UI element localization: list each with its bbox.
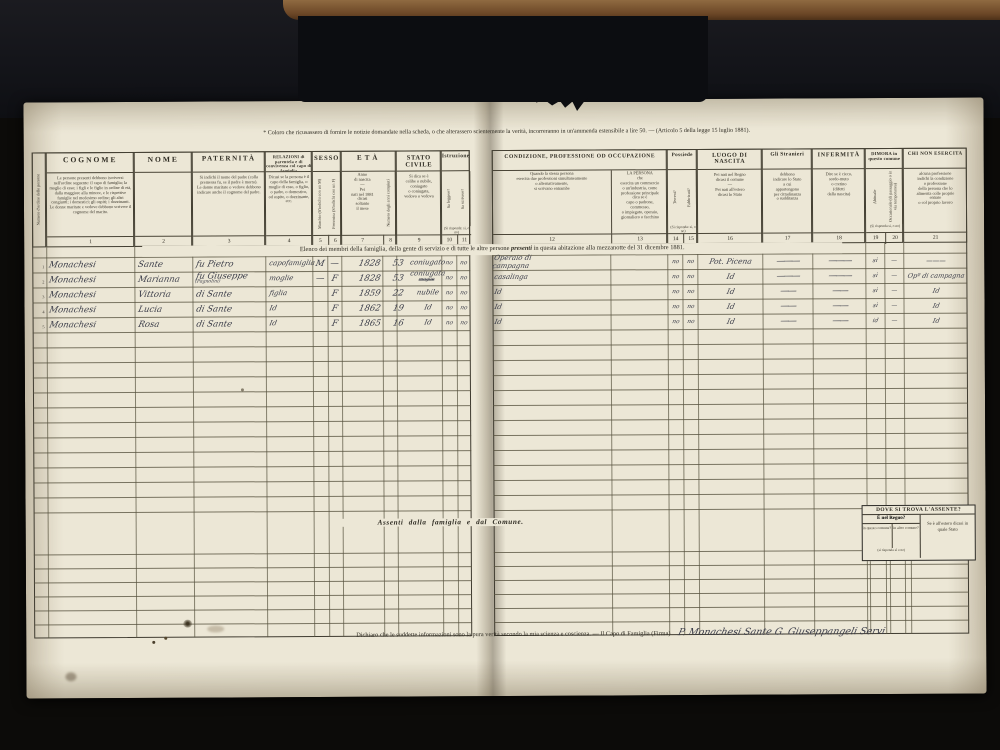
header-paternita-desc: Si indichi il nome del padre (colla prem… bbox=[194, 174, 264, 234]
cell-anno-row1: 1828 bbox=[347, 260, 391, 275]
header-dimora-sub1-label: Occasionale (di passaggio o in via tempo… bbox=[885, 169, 903, 224]
cell-scrive-row1: no bbox=[454, 259, 472, 274]
cell-stranieri-row1: ——— bbox=[762, 257, 812, 272]
cell-nome-row4: Lucia bbox=[136, 306, 192, 321]
header-eta-title: ETÀ bbox=[342, 152, 396, 172]
header-sesso-sub0-label: Maschio (S'indichi con un M) bbox=[313, 172, 328, 235]
header-infermita-title: INFERMITÀ bbox=[813, 149, 865, 169]
elenco-post: in questa abitazione alla mezzanotte del… bbox=[532, 244, 685, 252]
cell-c21-row1: ——— bbox=[903, 257, 968, 272]
cell-c12-row3: Id bbox=[492, 288, 610, 304]
cell-luogo-row4: Id bbox=[697, 303, 763, 318]
header-possiede-note: (Si risponda: sì, o no) bbox=[668, 225, 698, 233]
header-istruzione-title: Istruzione bbox=[442, 151, 470, 171]
cell-dimoc-row3: — bbox=[883, 287, 904, 302]
header-chinon-title: CHI NON ESERCITA bbox=[904, 149, 967, 169]
cell-stranieri-row4: —— bbox=[762, 302, 812, 317]
header-condizione-title: CONDIZIONE, PROFESSIONE OD OCCUPAZIONE bbox=[493, 150, 667, 171]
cell-n-row4: 4 bbox=[34, 309, 45, 324]
cell-n-row2: 2 bbox=[33, 279, 44, 294]
cell-dimoc-row5: — bbox=[883, 317, 904, 332]
cell-nome-row1: Sante bbox=[136, 261, 192, 276]
penalty-note: * Coloro che ricusassero di fornire le n… bbox=[112, 127, 902, 137]
header-infermita-desc: Dire se è cieco, sordo-muto o cretino (d… bbox=[814, 171, 864, 231]
cell-infermita-row2: ——— bbox=[812, 272, 866, 287]
header-sesso-title: SESSO bbox=[313, 152, 341, 172]
header-relazioni-desc: Dicasi se la persona è il capo della fam… bbox=[267, 174, 311, 234]
cell-luogo-row1: Pot. Picena bbox=[697, 258, 763, 273]
cell-paternita-row2: fu Giuseppe(Pagnolini) bbox=[194, 272, 265, 287]
cell-f-row4: F bbox=[325, 305, 343, 320]
header-condizione-sub1-desc: LA PERSONA che esercita un commercio o u… bbox=[611, 170, 668, 233]
header-condizione-sub0-desc: Quando la stessa persona esercita due pr… bbox=[493, 170, 611, 234]
cell-nome-row2: Marianna bbox=[136, 276, 192, 291]
cell-n-row1: 1 bbox=[33, 264, 44, 279]
header-eta-sub0-desc: Anno di nascita — Pei nati nel 1881 dica… bbox=[342, 172, 383, 235]
header-dimora-num1: 20 bbox=[885, 232, 904, 244]
cell-scrive-row5: no bbox=[454, 319, 472, 334]
dove-box-altro-comune: in altro comune? bbox=[891, 524, 920, 548]
cell-relazioni-row3: figlia bbox=[267, 290, 313, 305]
census-table: Elenco dei membri della famiglia, della … bbox=[32, 148, 970, 639]
ink-stain bbox=[164, 637, 167, 640]
cell-nome-row3: Vittoria bbox=[136, 291, 192, 306]
cell-f-row3: F bbox=[325, 290, 343, 305]
cell-c21-row2: Opº di campagna bbox=[903, 272, 968, 287]
header-paternita-title: PATERNITÀ bbox=[193, 152, 265, 172]
header-cognome: COGNOMELe persone presenti debbono iscri… bbox=[46, 152, 134, 247]
header-possiede-sub0-label: Terreni? bbox=[668, 170, 683, 225]
cell-relazioni-row5: Id bbox=[267, 320, 313, 335]
cell-cognome-row1: Monachesi bbox=[47, 261, 134, 276]
cell-anno-row5: 1865 bbox=[347, 320, 391, 335]
cell-n-row5: 5 bbox=[34, 324, 45, 339]
cell-infermita-row4: —— bbox=[812, 302, 866, 317]
cell-luogo-row2: Id bbox=[697, 273, 763, 288]
smudge-stain bbox=[65, 672, 76, 681]
header-dimora-sub0-label: Abituale bbox=[866, 169, 885, 224]
header-stato-title: STATO CIVILE bbox=[397, 151, 441, 171]
cell-cognome-row3: Monachesi bbox=[47, 291, 134, 306]
header-cognome-desc: Le persone presenti debbono iscriversi n… bbox=[48, 175, 133, 235]
header-chinon-desc: alcuna professione indichi la condizione… bbox=[905, 171, 966, 231]
elenco-presenti: presenti bbox=[511, 245, 532, 252]
cell-anno-row2: 1828 bbox=[347, 275, 391, 290]
dove-box-body: È nel Regno? in questo comune? in altro … bbox=[863, 515, 975, 559]
header-possiede-title: Possiede bbox=[668, 150, 697, 170]
header-sesso-sub1-label: Femmina (S'indichi con un F) bbox=[327, 172, 341, 235]
cell-infermita-row5: —— bbox=[812, 317, 866, 332]
cell-stranieri-row3: —— bbox=[762, 287, 812, 302]
cell-relazioni-row1: capofamiglia bbox=[267, 260, 313, 275]
header-cognome-title: COGNOME bbox=[47, 153, 134, 173]
cell-anno-row4: 1862 bbox=[347, 305, 391, 320]
header-cognome-num: 1 bbox=[47, 236, 134, 248]
ink-stain bbox=[152, 641, 155, 644]
dove-box-questo-comune: in questo comune? bbox=[863, 524, 892, 548]
cell-cognome-row5: Monachesi bbox=[47, 321, 134, 336]
cell-dimab-row1: sì bbox=[864, 257, 885, 272]
cell-luogo-row5: Id bbox=[697, 318, 763, 333]
cell-nome-row5: Rosa bbox=[136, 321, 192, 336]
header-stranieri-title: Gli Stranieri bbox=[763, 149, 812, 169]
cell-scrive-row4: no bbox=[454, 304, 472, 319]
header-chinon-num: 21 bbox=[904, 232, 967, 244]
header-dimora: DIMORA in questo comuneAbituale19Occasio… bbox=[865, 148, 903, 243]
cell-luogo-row3: Id bbox=[697, 288, 763, 303]
cell-dimab-row4: sì bbox=[864, 302, 885, 317]
cell-c12-row2: casalinga bbox=[492, 273, 610, 289]
header-nome-title: NOME bbox=[135, 153, 192, 173]
cell-stranieri-row2: ——— bbox=[762, 272, 812, 287]
elenco-pre: Elenco dei membri della famiglia, della … bbox=[300, 245, 511, 253]
cell-n-row3: 3 bbox=[33, 294, 44, 309]
cell-f-row1: — bbox=[325, 260, 343, 275]
cell-paternita-row4: di Sante bbox=[194, 305, 265, 320]
cell-relazioni-row4: Id bbox=[267, 305, 313, 320]
cell-c12-row5: Id bbox=[492, 318, 610, 334]
cell-dimoc-row2: — bbox=[883, 272, 904, 287]
header-relazioni-title: RELAZIONI di parentela e di convivenza c… bbox=[266, 152, 312, 172]
cell-dimab-row5: id bbox=[864, 317, 885, 332]
black-weight-overlay bbox=[298, 16, 708, 102]
dove-box-estero: Se è all'estero dicasi in quale Stato bbox=[921, 515, 975, 558]
cell-paternita-row3: di Sante bbox=[194, 290, 265, 305]
declaration-text: Dichiaro che le suddette informazioni so… bbox=[356, 630, 670, 639]
header-infermita: INFERMITÀDire se è cieco, sordo-muto o c… bbox=[812, 148, 865, 243]
header-nome: NOME2 bbox=[134, 152, 192, 247]
cell-dimab-row3: sì bbox=[864, 287, 885, 302]
cell-c21-row3: Id bbox=[903, 287, 968, 302]
assenti-caption: Assenti dalla famiglia e dal Comune. bbox=[331, 518, 571, 527]
header-possiede: PossiedeTerreni?14Fabbricati?15(Si rispo… bbox=[667, 149, 697, 244]
cell-dimab-row2: sì bbox=[864, 272, 885, 287]
cell-dimoc-row4: — bbox=[883, 302, 904, 317]
dove-box-regno-cell: È nel Regno? in questo comune? in altro … bbox=[863, 515, 921, 558]
cell-c12-row4: Id bbox=[492, 303, 610, 319]
declaration-line: Dichiaro che le suddette informazioni so… bbox=[356, 626, 981, 649]
header-luogo-desc: Pei nati nel Regno dicasi il comune — Pe… bbox=[699, 172, 761, 232]
cell-infermita-row1: ——— bbox=[812, 257, 866, 272]
header-condizione: CONDIZIONE, PROFESSIONE OD OCCUPAZIONEQu… bbox=[492, 149, 667, 245]
dove-box-nota: (si risponda sì o no) bbox=[863, 548, 920, 552]
dove-si-trova-box: DOVE SI TROVA L'ASSENTE? È nel Regno? in… bbox=[862, 505, 976, 562]
header-stato: STATO CIVILESi dica se è celibe o nubile… bbox=[396, 150, 441, 245]
header-stato-desc: Si dica se è celibe o nubile, coniugato … bbox=[398, 173, 440, 233]
header-possiede-sub1-label: Fabbricati? bbox=[683, 170, 697, 225]
header-relazioni: RELAZIONI di parentela e di convivenza c… bbox=[265, 151, 312, 246]
dove-box-regno-label: È nel Regno? bbox=[863, 515, 920, 524]
cell-c21-row4: Id bbox=[903, 302, 968, 317]
header-istruzione-sub0-label: Sa leggere? bbox=[442, 171, 457, 226]
cell-anno-row3: 1859 bbox=[347, 290, 391, 305]
header-dimora-num0: 19 bbox=[866, 232, 885, 244]
header-istruzione-sub1-label: Sa scrivere? bbox=[456, 171, 470, 226]
header-eta-sub1-label: Numero degli anni compiuti bbox=[383, 172, 396, 235]
cell-scrive-row3: no bbox=[454, 289, 472, 304]
ink-stain bbox=[183, 620, 192, 628]
header-istruzione-note: (Si risponda: sì, o no) bbox=[442, 226, 471, 234]
head-of-family-signature: P. Monachesi Sante G. Giuseppangeli Serv… bbox=[677, 626, 887, 638]
cell-f-row5: F bbox=[325, 320, 343, 335]
cell-cognome-row2: Monachesi bbox=[47, 276, 134, 291]
header-stranieri: Gli Stranieridebbono indicare lo Stato a… bbox=[762, 148, 812, 243]
cell-c21-row5: Id bbox=[903, 317, 968, 332]
cell-f-row2: F bbox=[325, 275, 343, 290]
header-stranieri-desc: debbono indicare lo Stato a cui apparten… bbox=[764, 171, 811, 231]
cell-c12-row1: Operaio di campagna bbox=[492, 254, 610, 270]
header-luogo: LUOGO DI NASCITAPei nati nel Regno dicas… bbox=[697, 149, 762, 244]
header-numero-label: Numero d'ordine delle persone bbox=[33, 153, 45, 246]
dove-box-subcolumns: in questo comune? in altro comune? bbox=[863, 524, 920, 548]
header-nome-desc bbox=[136, 175, 191, 235]
header-chinon: CHI NON ESERCITAalcuna professione indic… bbox=[903, 148, 967, 243]
cell-stranieri-row5: —— bbox=[762, 317, 812, 332]
census-sheet: * Coloro che ricusassero di fornire le n… bbox=[23, 97, 986, 698]
header-numero: Numero d'ordine delle persone bbox=[32, 152, 46, 247]
cell-scrive-row2: no bbox=[454, 274, 472, 289]
cell-relazioni-row2: moglie bbox=[267, 275, 313, 290]
cell-infermita-row3: —— bbox=[812, 287, 866, 302]
cell-paternita-row5: di Sante bbox=[194, 320, 265, 335]
header-istruzione: IstruzioneSa leggere?10Sa scrivere?11(Si… bbox=[441, 150, 470, 245]
speck-stain bbox=[241, 388, 244, 391]
cell-paternita2-row2: (Pagnolini) bbox=[194, 280, 263, 285]
header-paternita: PATERNITÀSi indichi il nome del padre (c… bbox=[192, 151, 265, 246]
header-sesso: SESSOMaschio (S'indichi con un M)5Femmin… bbox=[312, 151, 341, 246]
header-eta: ETÀAnno di nascita — Pei nati nel 1881 d… bbox=[341, 151, 396, 246]
cell-dimoc-row1: — bbox=[883, 257, 904, 272]
header-dimora-note: (Si risponda sì, o no) bbox=[866, 224, 904, 228]
smudge-stain bbox=[207, 625, 224, 632]
cell-cognome-row4: Monachesi bbox=[47, 306, 134, 321]
header-luogo-title: LUOGO DI NASCITA bbox=[698, 150, 762, 170]
header-dimora-title: DIMORA in questo comune bbox=[866, 149, 903, 169]
